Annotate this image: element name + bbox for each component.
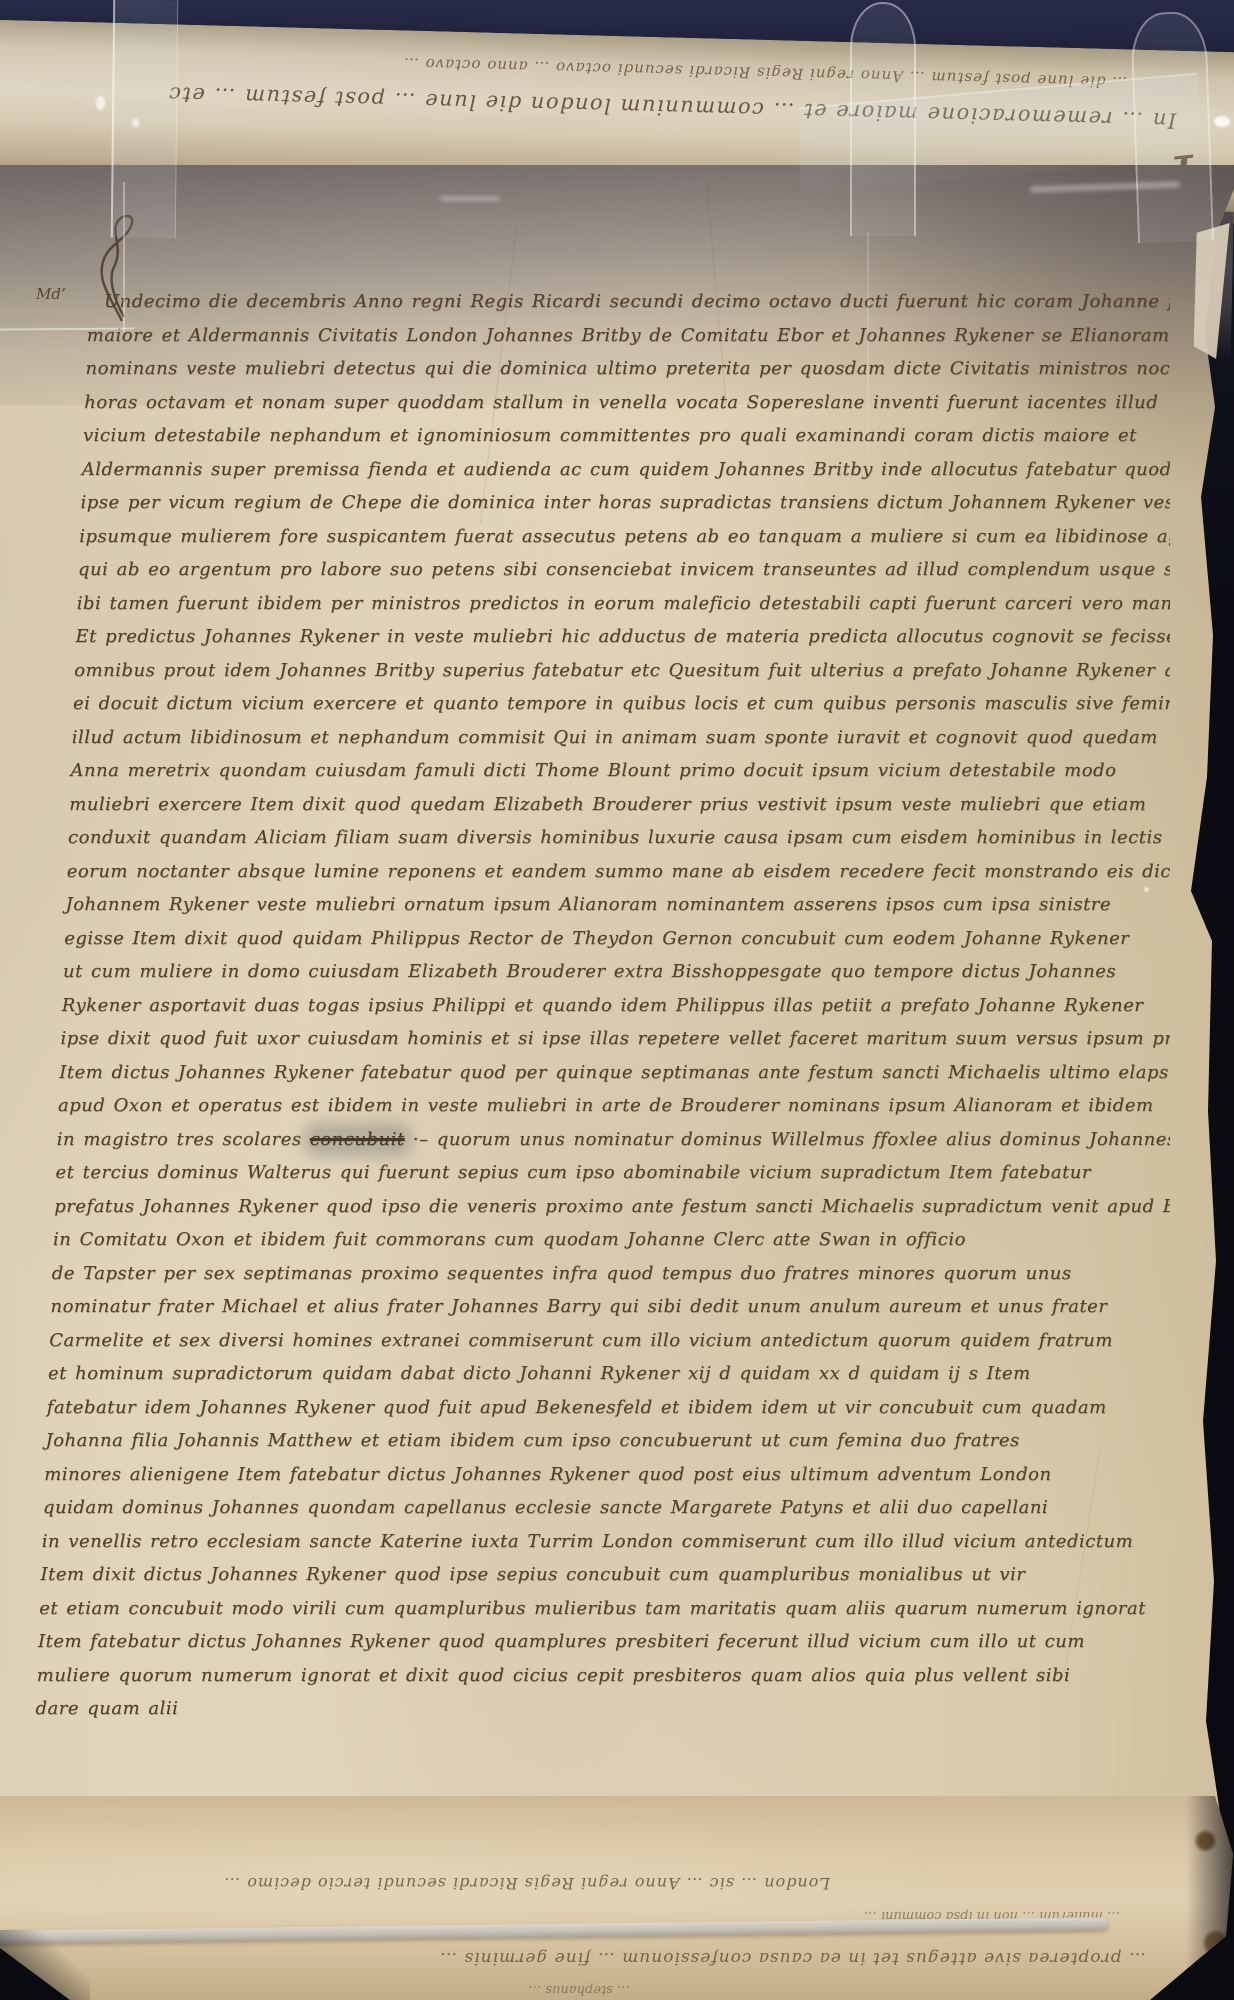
manuscript-line: minores alienigene Item fatebatur dictus… — [0, 1458, 1170, 1492]
manuscript-line: maiore et Aldermannis Civitatis London J… — [0, 319, 1170, 353]
dorse-line: … propterea sive attegus tet in ea causa… — [6, 1948, 1146, 1968]
dorse-line: … stephanus … — [330, 1982, 630, 1997]
manuscript-line: ipsumque mulierem fore suspicantem fuera… — [0, 520, 1170, 554]
manuscript-line: Johannem Rykener veste muliebri ornatum … — [0, 888, 1170, 922]
manuscript-line: horas octavam et nonam super quoddam sta… — [0, 386, 1170, 420]
manuscript-line: illud actum libidinosum et nephandum com… — [0, 721, 1170, 755]
manuscript-line: Item dixit dictus Johannes Rykener quod … — [0, 1558, 1170, 1592]
manuscript-line: et hominum supradictorum quidam dabat di… — [0, 1357, 1170, 1391]
manuscript-line: Anna meretrix quondam cuiusdam famuli di… — [0, 754, 1170, 788]
manuscript-line: vicium detestabile nephandum et ignomini… — [0, 419, 1170, 453]
struck-through-word: concubuit — [310, 1129, 405, 1150]
manuscript-line: Rykener asportavit duas togas ipsius Phi… — [0, 989, 1170, 1023]
acrylic-rod-line — [867, 232, 869, 452]
manuscript-line: apud Oxon et operatus est ibidem in vest… — [0, 1089, 1170, 1123]
corner-shadow-left — [0, 1930, 90, 2000]
manuscript-line: Carmelite et sex diversi homines extrane… — [0, 1324, 1170, 1358]
manuscript-line: in Comitatu Oxon et ibidem fuit commoran… — [0, 1223, 1170, 1257]
glare-highlight — [440, 196, 500, 201]
manuscript-text-block: Undecimo die decembris Anno regni Regis … — [0, 285, 1170, 1726]
manuscript-line: nominans veste muliebri detectus qui die… — [0, 352, 1170, 386]
manuscript-scroll-photo: … die lune post festum … Anno regni Regi… — [0, 0, 1234, 2000]
manuscript-line: ibi tamen fuerunt ibidem per ministros p… — [0, 587, 1170, 621]
manuscript-line: in venellis retro ecclesiam sancte Kater… — [0, 1525, 1170, 1559]
glare-highlight — [1214, 116, 1230, 127]
manuscript-line: ipse per vicum regium de Chepe die domin… — [0, 486, 1170, 520]
manuscript-line: nominatur frater Michael et alius frater… — [0, 1290, 1170, 1324]
manuscript-line: de Tapster per sex septimanas proximo se… — [0, 1257, 1170, 1291]
manuscript-line: ut cum muliere in domo cuiusdam Elizabet… — [0, 955, 1170, 989]
manuscript-line: muliebri exercere Item dixit quod quedam… — [0, 788, 1170, 822]
manuscript-line: omnibus prout idem Johannes Britby super… — [0, 654, 1170, 688]
manuscript-line: prefatus Johannes Rykener quod ipso die … — [0, 1190, 1170, 1224]
manuscript-line: Undecimo die decembris Anno regni Regis … — [0, 285, 1170, 319]
manuscript-line: Aldermannis super premissa fienda et aud… — [0, 453, 1170, 487]
parchment-sheet: Md’ Undecimo die decembris Anno regni Re… — [0, 165, 1234, 1813]
manuscript-line: Item dictus Johannes Rykener fatebatur q… — [0, 1056, 1170, 1090]
acrylic-clamp-left — [111, 0, 178, 238]
manuscript-line: dare quam alii — [0, 1692, 1170, 1726]
manuscript-line: egisse Item dixit quod quidam Philippus … — [0, 922, 1170, 956]
manuscript-line: ipse dixit quod fuit uxor cuiusdam homin… — [0, 1022, 1170, 1056]
manuscript-line: Et predictus Johannes Rykener in veste m… — [0, 620, 1170, 654]
acrylic-sheet-edge-vertical — [123, 182, 125, 332]
manuscript-line: fatebatur idem Johannes Rykener quod fui… — [0, 1391, 1170, 1425]
manuscript-line: qui ab eo argentum pro labore suo petens… — [0, 553, 1170, 587]
manuscript-line: Item fatebatur dictus Johannes Rykener q… — [0, 1625, 1170, 1659]
dorse-line: London … sic … Anno regni Regis Ricardi … — [130, 1874, 830, 1893]
glare-highlight — [96, 96, 105, 110]
manuscript-line: in magistro tres scolares concubuit ·– q… — [0, 1123, 1170, 1157]
manuscript-line: conduxit quandam Aliciam filiam suam div… — [0, 821, 1170, 855]
edge-shadow-right — [1174, 1796, 1234, 2000]
manuscript-line: eorum noctanter absque lumine reponens e… — [0, 855, 1170, 889]
glare-highlight — [132, 118, 139, 128]
manuscript-line: ei docuit dictum vicium exercere et quan… — [0, 687, 1170, 721]
manuscript-line: et etiam concubuit modo virili cum quamp… — [0, 1592, 1170, 1626]
manuscript-line: et tercius dominus Walterus qui fuerunt … — [0, 1156, 1170, 1190]
manuscript-line: Johanna filia Johannis Matthew et etiam … — [0, 1424, 1170, 1458]
bottom-membrane: London … sic … Anno regni Regis Ricardi … — [0, 1796, 1234, 2000]
manuscript-line: muliere quorum numerum ignorat et dixit … — [0, 1659, 1170, 1693]
manuscript-line: quidam dominus Johannes quondam capellan… — [0, 1491, 1170, 1525]
